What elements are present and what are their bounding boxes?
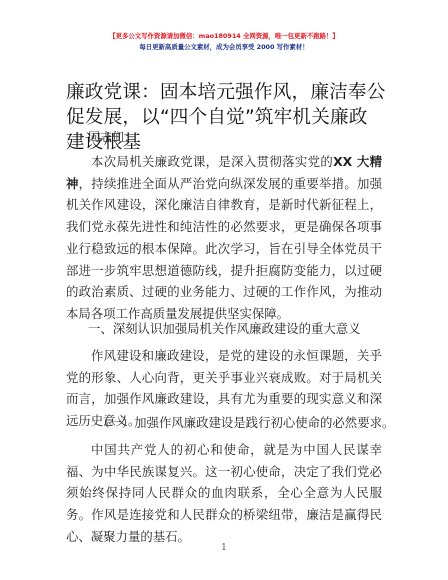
intro-paragraph: 本次局机关廉政党课，是深入贯彻落实党的XX 大精神，持续推进全面从严治党向纵深发… <box>66 151 382 325</box>
intro-text-post: ，持续推进全面从严治党向纵深发展的重要举措。加强机关作风建设，深化廉洁自律教育，… <box>66 176 382 321</box>
promo-banner-line1: 【更多公文写作资源请加微信：mao180914 全网资源，唯一包更新不跑路！】 <box>0 32 448 40</box>
section-heading-1: 一、深刻认识加强局机关作风廉政建设的重大意义 <box>88 318 388 340</box>
intro-text-pre: 本次局机关廉政党课，是深入贯彻落实党的 <box>91 154 333 169</box>
greeting: 同志们： <box>88 127 288 149</box>
page-number: 1 <box>0 543 448 553</box>
subsection-1-paragraph: 中国共产党人的初心和使命，就是为中国人民谋幸福、为中华民族谋复兴。这一初心使命，… <box>66 439 382 548</box>
document-page: 【更多公文写作资源请加微信：mao180914 全网资源，唯一包更新不跑路！】 … <box>0 0 448 580</box>
promo-banner-line2: 每日更新高质量公文素材，成为会员享受 2000 写作素材！ <box>0 43 448 51</box>
subsection-heading-1: （一）加强作风廉政建设是践行初心使命的必然要求。 <box>97 412 397 434</box>
